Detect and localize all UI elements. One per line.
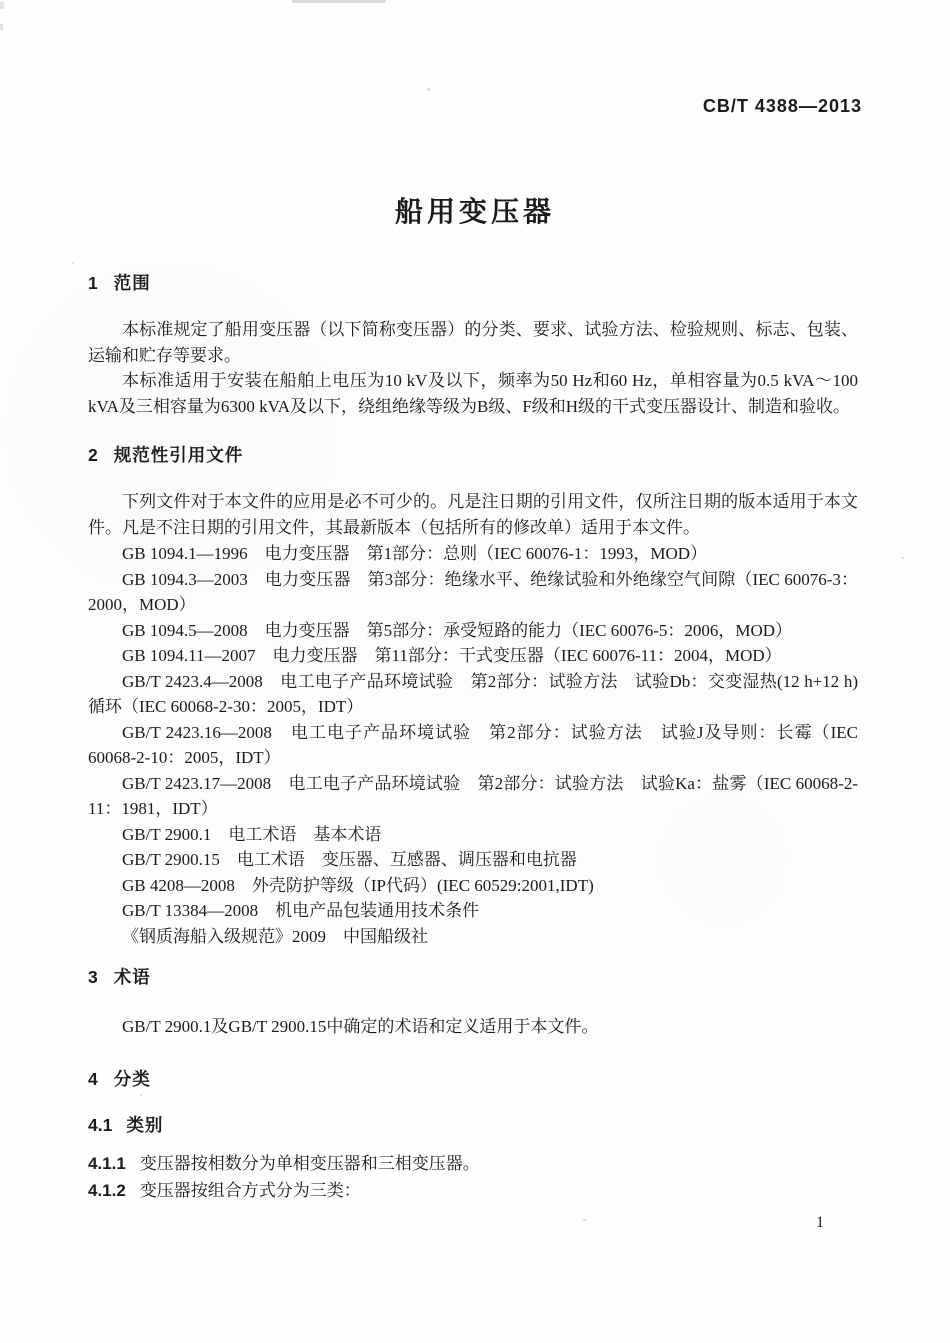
- paragraph: 下列文件对于本文件的应用是必不可少的。凡是注日期的引用文件，仅所注日期的版本适用…: [88, 489, 858, 541]
- reference-item: GB 1094.3—2003 电力变压器 第3部分：绝缘水平、绝缘试验和外绝缘空…: [88, 567, 858, 618]
- paragraph: 本标准适用于安装在船舶上电压为10 kV及以下，频率为50 Hz和60 Hz，单…: [88, 368, 858, 419]
- section-number: 2: [88, 445, 98, 466]
- section-terms-body: GB/T 2900.1及GB/T 2900.15中确定的术语和定义适用于本文件。: [88, 1014, 858, 1040]
- scan-speck: [140, 1094, 142, 1096]
- clause-number: 4.1.1: [88, 1154, 126, 1173]
- scan-streak: [292, 0, 386, 3]
- scan-speck: [583, 1219, 586, 1221]
- paragraph: GB/T 2900.1及GB/T 2900.15中确定的术语和定义适用于本文件。: [88, 1014, 858, 1040]
- scan-edge-mark: [0, 24, 3, 30]
- scan-speck: [427, 88, 430, 91]
- reference-item: GB 4208—2008 外壳防护等级（IP代码）(IEC 60529:2001…: [88, 873, 858, 899]
- clause-number: 4.1.2: [88, 1181, 126, 1200]
- page-number: 1: [816, 1214, 824, 1232]
- section-normative-refs-body: 下列文件对于本文件的应用是必不可少的。凡是注日期的引用文件，仅所注日期的版本适用…: [88, 489, 858, 949]
- subsection-label: 类别: [126, 1112, 163, 1137]
- section-number: 1: [88, 273, 98, 294]
- section-label: 规范性引用文件: [114, 442, 244, 467]
- classification-clauses: 4.1.1变压器按相数分为单相变压器和三相变压器。 4.1.2变压器按组合方式分…: [88, 1150, 858, 1204]
- document-page: CB/T 4388—2013 船用变压器 1范围 本标准规定了船用变压器（以下简…: [0, 0, 950, 1343]
- clause: 4.1.2变压器按组合方式分为三类：: [88, 1177, 858, 1204]
- clause: 4.1.1变压器按相数分为单相变压器和三相变压器。: [88, 1150, 858, 1177]
- reference-item: GB/T 13384—2008 机电产品包装通用技术条件: [88, 898, 858, 924]
- section-number: 4: [88, 1069, 98, 1090]
- section-heading-scope: 1范围: [88, 270, 858, 295]
- section-heading-terms: 3术语: [88, 964, 858, 989]
- section-label: 分类: [114, 1066, 151, 1091]
- scan-speck: [902, 557, 904, 559]
- document-title: 船用变压器: [0, 190, 950, 230]
- section-number: 3: [88, 967, 98, 988]
- section-label: 术语: [114, 964, 151, 989]
- section-scope-body: 本标准规定了船用变压器（以下简称变压器）的分类、要求、试验方法、检验规则、标志、…: [88, 317, 858, 419]
- standard-code: CB/T 4388—2013: [703, 96, 862, 117]
- reference-item: GB 1094.5—2008 电力变压器 第5部分：承受短路的能力（IEC 60…: [88, 618, 858, 644]
- section-heading-classification: 4分类: [88, 1066, 858, 1091]
- reference-item: GB/T 2900.15 电工术语 变压器、互感器、调压器和电抗器: [88, 847, 858, 873]
- reference-item: GB/T 2423.4—2008 电工电子产品环境试验 第2部分：试验方法 试验…: [88, 669, 858, 720]
- section-heading-normative-refs: 2规范性引用文件: [88, 442, 858, 467]
- subsection-number: 4.1: [88, 1115, 112, 1136]
- reference-item: GB/T 2900.1 电工术语 基本术语: [88, 822, 858, 848]
- section-label: 范围: [114, 270, 151, 295]
- reference-item: GB/T 2423.16—2008 电工电子产品环境试验 第2部分：试验方法 试…: [88, 720, 858, 771]
- clause-text: 变压器按组合方式分为三类：: [140, 1181, 361, 1200]
- subsection-heading-category: 4.1类别: [88, 1112, 858, 1137]
- reference-item: 《钢质海船入级规范》2009 中国船级社: [88, 924, 858, 950]
- reference-item: GB/T 2423.17—2008 电工电子产品环境试验 第2部分：试验方法 试…: [88, 771, 858, 822]
- scan-speck: [72, 262, 74, 264]
- reference-item: GB 1094.11—2007 电力变压器 第11部分：干式变压器（IEC 60…: [88, 643, 858, 669]
- scan-edge-mark: [0, 2, 4, 9]
- clause-text: 变压器按相数分为单相变压器和三相变压器。: [140, 1154, 480, 1173]
- reference-item: GB 1094.1—1996 电力变压器 第1部分：总则（IEC 60076-1…: [88, 541, 858, 567]
- paragraph: 本标准规定了船用变压器（以下简称变压器）的分类、要求、试验方法、检验规则、标志、…: [88, 317, 858, 368]
